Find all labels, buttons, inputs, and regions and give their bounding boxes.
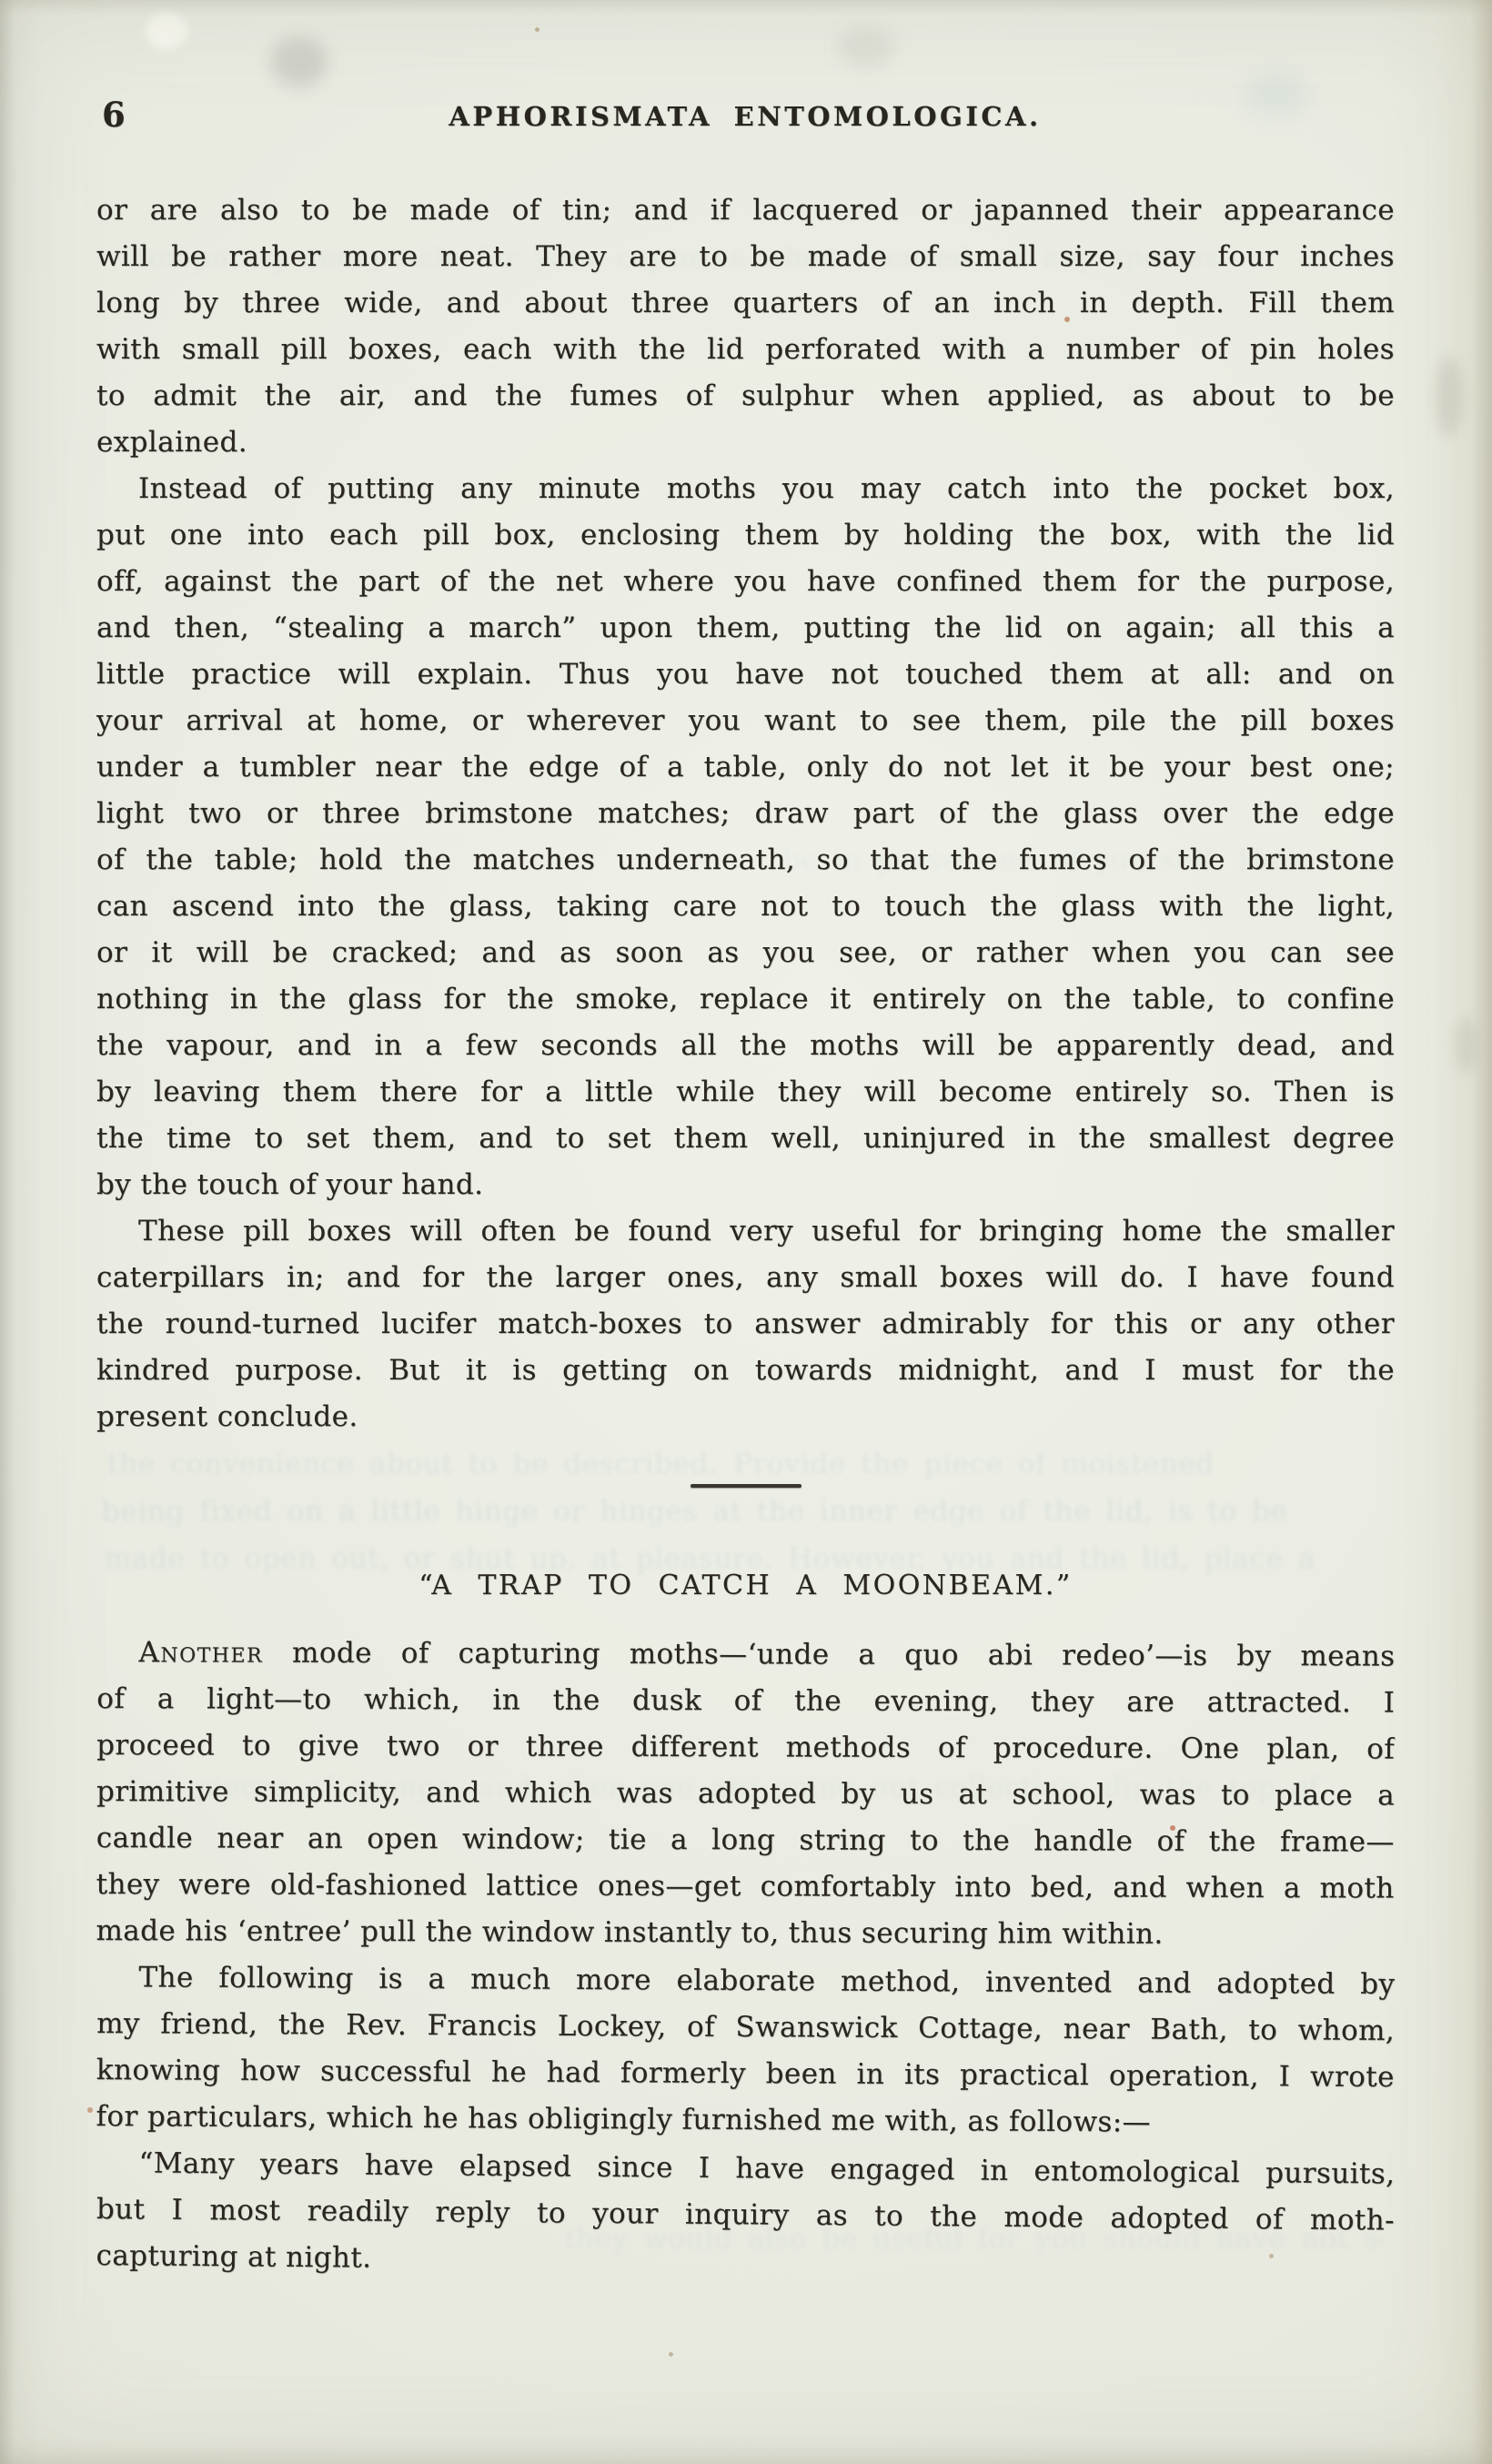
rust-speck <box>87 2107 93 2113</box>
text-line: caterpillars in; and for the larger ones… <box>96 1255 1395 1301</box>
text-line: can ascend into the glass, taking care n… <box>96 884 1395 930</box>
paragraph: Instead of putting any minute moths you … <box>96 466 1395 1208</box>
text-line: of a light—to which, in the dusk of the … <box>96 1676 1395 1726</box>
text-line: present conclude. <box>96 1394 1395 1440</box>
text-line: my friend, the Rev. Francis Lockey, of S… <box>96 2001 1395 2055</box>
smallcaps-word: Another <box>138 1636 263 1669</box>
text-line: they were old-fashioned lattice ones—get… <box>96 1862 1395 1912</box>
paragraph: or are also to be made of tin; and if la… <box>96 187 1395 466</box>
text-line: candle near an open window; tie a long s… <box>96 1815 1395 1865</box>
text-line: put one into each pill box, enclosing th… <box>96 512 1395 559</box>
text-line: the time to set them, and to set them we… <box>96 1116 1395 1162</box>
text-line: or are also to be made of tin; and if la… <box>96 187 1395 234</box>
text-line: long by three wide, and about three quar… <box>96 280 1395 327</box>
text-line: light two or three brimstone matches; dr… <box>96 791 1395 837</box>
text-line: or it will be cracked; and as soon as yo… <box>96 930 1395 976</box>
edge-streak <box>1454 1017 1477 1074</box>
text-line: The following is a much more elaborate m… <box>96 1954 1395 2008</box>
text-blocks: or are also to be made of tin; and if la… <box>96 187 1395 2279</box>
text-line: proceed to give two or three different m… <box>96 1722 1395 1772</box>
text-line: for particulars, which he has obligingly… <box>96 2094 1394 2147</box>
section-divider <box>96 1474 1395 1478</box>
text-line: kindred purpose. But it is getting on to… <box>96 1348 1395 1394</box>
text-line: by the touch of your hand. <box>96 1162 1395 1208</box>
text-column: or are also to be made of tin; and if la… <box>96 0 1395 2279</box>
text-line: under a tumbler near the edge of a table… <box>96 744 1395 791</box>
paragraph: The following is a much more elaborate m… <box>96 1954 1395 2147</box>
paragraph: “Many years have elapsed since I have en… <box>96 2140 1395 2290</box>
text-line: your arrival at home, or wherever you wa… <box>96 698 1395 744</box>
dust-speck <box>669 2352 673 2357</box>
text-line: little practice will explain. Thus you h… <box>96 651 1395 698</box>
text-line: knowing how successful he had formerly b… <box>96 2047 1395 2101</box>
text-line: to admit the air, and the fumes of sulph… <box>96 373 1395 419</box>
text-line: primitive simplicity, and which was adop… <box>96 1769 1395 1819</box>
text-line: off, against the part of the net where y… <box>96 559 1395 605</box>
text-line: made his ‘entree’ pull the window instan… <box>96 1908 1394 1958</box>
paragraph: These pill boxes will often be found ver… <box>96 1208 1395 1440</box>
text-line: the vapour, and in a few seconds all the… <box>96 1023 1395 1069</box>
divider-rule <box>691 1484 801 1488</box>
text-line: explained. <box>96 419 1395 466</box>
text-line: These pill boxes will often be found ver… <box>96 1208 1395 1255</box>
text-line: with small pill boxes, each with the lid… <box>96 327 1395 373</box>
text-line: Another mode of capturing moths—‘unde a … <box>96 1630 1395 1680</box>
text-line: the round-turned lucifer match-boxes to … <box>96 1301 1395 1348</box>
section-heading: “A TRAP TO CATCH A MOONBEAM.” <box>96 1564 1395 1608</box>
text-line: by leaving them there for a little while… <box>96 1069 1395 1116</box>
text-line: of the table; hold the matches underneat… <box>96 837 1395 884</box>
text-line: nothing in the glass for the smoke, repl… <box>96 976 1395 1023</box>
text-line: will be rather more neat. They are to be… <box>96 234 1395 280</box>
edge-streak <box>1436 357 1463 437</box>
text-line: Instead of putting any minute moths you … <box>96 466 1395 512</box>
scanned-book-page: temporary receptacle for your captures w… <box>0 0 1492 2464</box>
text-line: and then, “stealing a march” upon them, … <box>96 605 1395 651</box>
paragraph: Another mode of capturing moths—‘unde a … <box>96 1630 1395 1958</box>
